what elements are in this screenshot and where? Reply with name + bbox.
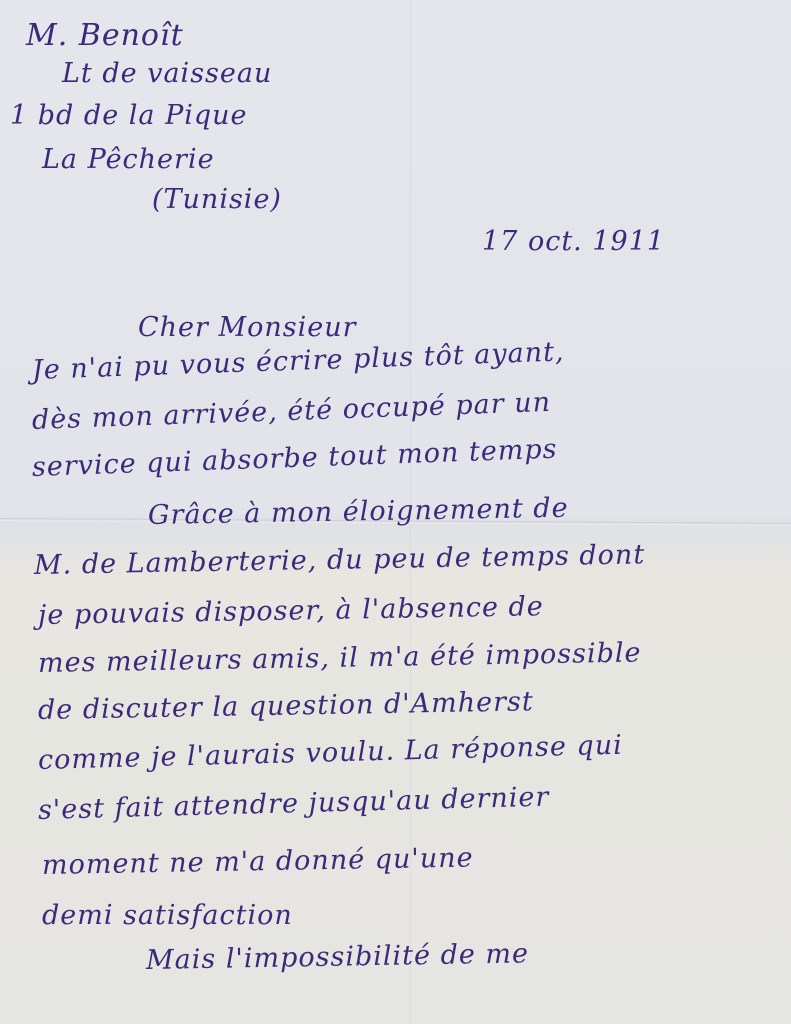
address-line-recipient: M. Benoît — [26, 18, 184, 53]
body-line: demi satisfaction — [42, 900, 293, 931]
address-line-town: La Pêcherie — [42, 144, 215, 175]
address-line-street: 1 bd de la Pique — [10, 100, 248, 131]
salutation: Cher Monsieur — [138, 312, 357, 343]
address-line-rank: Lt de vaisseau — [62, 58, 272, 89]
letter-date: 17 oct. 1911 — [482, 226, 665, 257]
address-line-country: (Tunisie) — [152, 184, 282, 215]
